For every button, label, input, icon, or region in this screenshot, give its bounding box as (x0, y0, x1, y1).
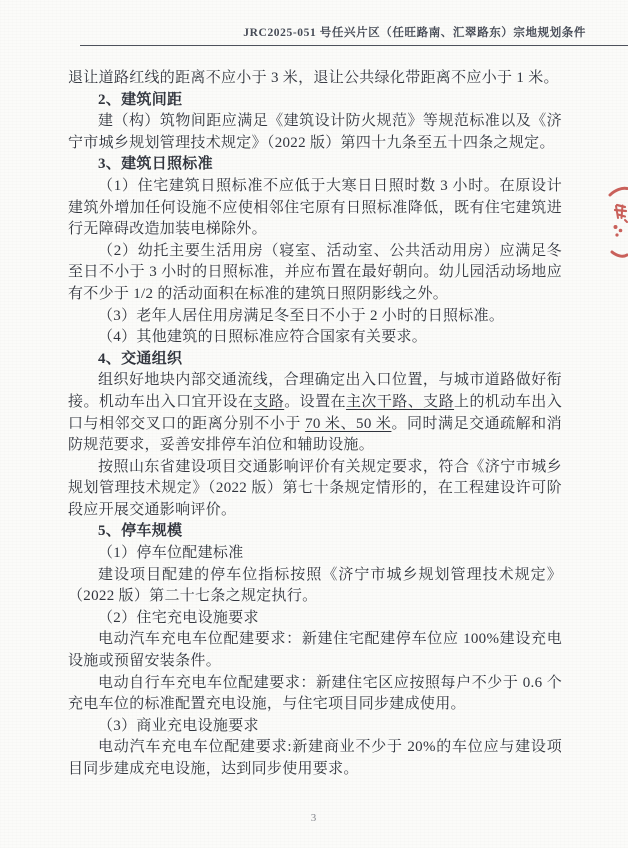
text-run: 电动汽车充电车位配建要求：新建住宅配建停车位应 100%建设充电设施或预留安装条… (68, 631, 562, 669)
text-run: （2）幼托主要生活用房（寝室、活动室、公共活动用房）应满足冬至日不小于 3 小时… (68, 243, 562, 302)
text-run: 按照山东省建设项目交通影响评价有关规定要求，符合《济宁市城乡规划管理技术规定》（… (68, 459, 562, 518)
text-run: （2）住宅充电设施要求 (98, 610, 259, 626)
text-run: 3、建筑日照标准 (98, 156, 213, 172)
paragraph: 退让道路红线的距离不应小于 3 米，退让公共绿化带距离不应小于 1 米。 (68, 68, 562, 90)
paragraph: （2）幼托主要生活用房（寝室、活动室、公共活动用房）应满足冬至日不小于 3 小时… (68, 241, 562, 306)
paragraph: 电动汽车充电车位配建要求：新建住宅配建停车位应 100%建设充电设施或预留安装条… (68, 629, 562, 672)
paragraph: （4）其他建筑的日照标准应符合国家有关要求。 (68, 327, 562, 349)
paragraph: （3）老年人居住用房满足冬至日不小于 2 小时的日照标准。 (68, 306, 562, 328)
section-heading: 5、停车规模 (68, 521, 562, 543)
header-title: JRC2025-051 号任兴片区（任旺路南、汇翠路东）宗地规划条件 (80, 24, 628, 45)
official-seal-fragment-icon (606, 184, 628, 264)
text-run: 建设项目配建的停车位指标按照《济宁市城乡规划管理技术规定》（2022 版）第二十… (68, 567, 562, 605)
document-page: JRC2025-051 号任兴片区（任旺路南、汇翠路东）宗地规划条件 退让道路红… (0, 0, 628, 848)
section-heading: 4、交通组织 (68, 349, 562, 371)
text-run: 建（构）筑物间距应满足《建筑设计防火规范》等规范标准以及《济宁市城乡规划管理技术… (68, 113, 562, 151)
text-run: （3）老年人居住用房满足冬至日不小于 2 小时的日照标准。 (98, 308, 504, 324)
section-heading: 3、建筑日照标准 (68, 154, 562, 176)
text-run: 2、建筑间距 (98, 92, 182, 108)
text-run: （4）其他建筑的日照标准应符合国家有关要求。 (98, 329, 427, 345)
text-run: 退让道路红线的距离不应小于 3 米，退让公共绿化带距离不应小于 1 米。 (68, 70, 559, 86)
page-footer: 3 (0, 808, 628, 826)
section-heading: 2、建筑间距 (68, 90, 562, 112)
paragraph: 建设项目配建的停车位指标按照《济宁市城乡规划管理技术规定》（2022 版）第二十… (68, 565, 562, 608)
text-run: （1）住宅建筑日照标准不应低于大寒日日照时数 3 小时。在原设计建筑外增加任何设… (68, 178, 562, 237)
paragraph: 按照山东省建设项目交通影响评价有关规定要求，符合《济宁市城乡规划管理技术规定》（… (68, 457, 562, 522)
paragraph: 电动汽车充电车位配建要求:新建商业不少于 20%的车位应与建设项目同步建成充电设… (68, 737, 562, 780)
underlined-term: 主次干路、支路 (346, 394, 454, 410)
text-run: 5、停车规模 (98, 523, 182, 539)
text-run: （1）停车位配建标准 (98, 545, 244, 561)
underlined-term: 70 米、50 米 (305, 416, 391, 432)
paragraph: （1）停车位配建标准 (68, 543, 562, 565)
paragraph: 组织好地块内部交通流线，合理确定出入口位置，与城市道路做好衔接。机动车出入口宜开… (68, 370, 562, 456)
text-run: 电动自行车充电车位配建要求：新建住宅区应按照每户不少于 0.6 个充电车位的标准… (68, 675, 562, 713)
paragraph: （2）住宅充电设施要求 (68, 608, 562, 630)
text-run: 。设置在 (284, 394, 346, 410)
underlined-term: 支路 (253, 394, 284, 410)
text-run: 4、交通组织 (98, 351, 182, 367)
paragraph: 建（构）筑物间距应满足《建筑设计防火规范》等规范标准以及《济宁市城乡规划管理技术… (68, 111, 562, 154)
text-run: （3）商业充电设施要求 (98, 718, 259, 734)
page-number: 3 (311, 812, 318, 824)
page-header: JRC2025-051 号任兴片区（任旺路南、汇翠路东）宗地规划条件 (80, 0, 628, 46)
paragraph: （3）商业充电设施要求 (68, 716, 562, 738)
document-body: 退让道路红线的距离不应小于 3 米，退让公共绿化带距离不应小于 1 米。2、建筑… (68, 68, 562, 781)
paragraph: 电动自行车充电车位配建要求：新建住宅区应按照每户不少于 0.6 个充电车位的标准… (68, 673, 562, 716)
paragraph: （1）住宅建筑日照标准不应低于大寒日日照时数 3 小时。在原设计建筑外增加任何设… (68, 176, 562, 241)
text-run: 电动汽车充电车位配建要求:新建商业不少于 20%的车位应与建设项目同步建成充电设… (68, 739, 562, 777)
